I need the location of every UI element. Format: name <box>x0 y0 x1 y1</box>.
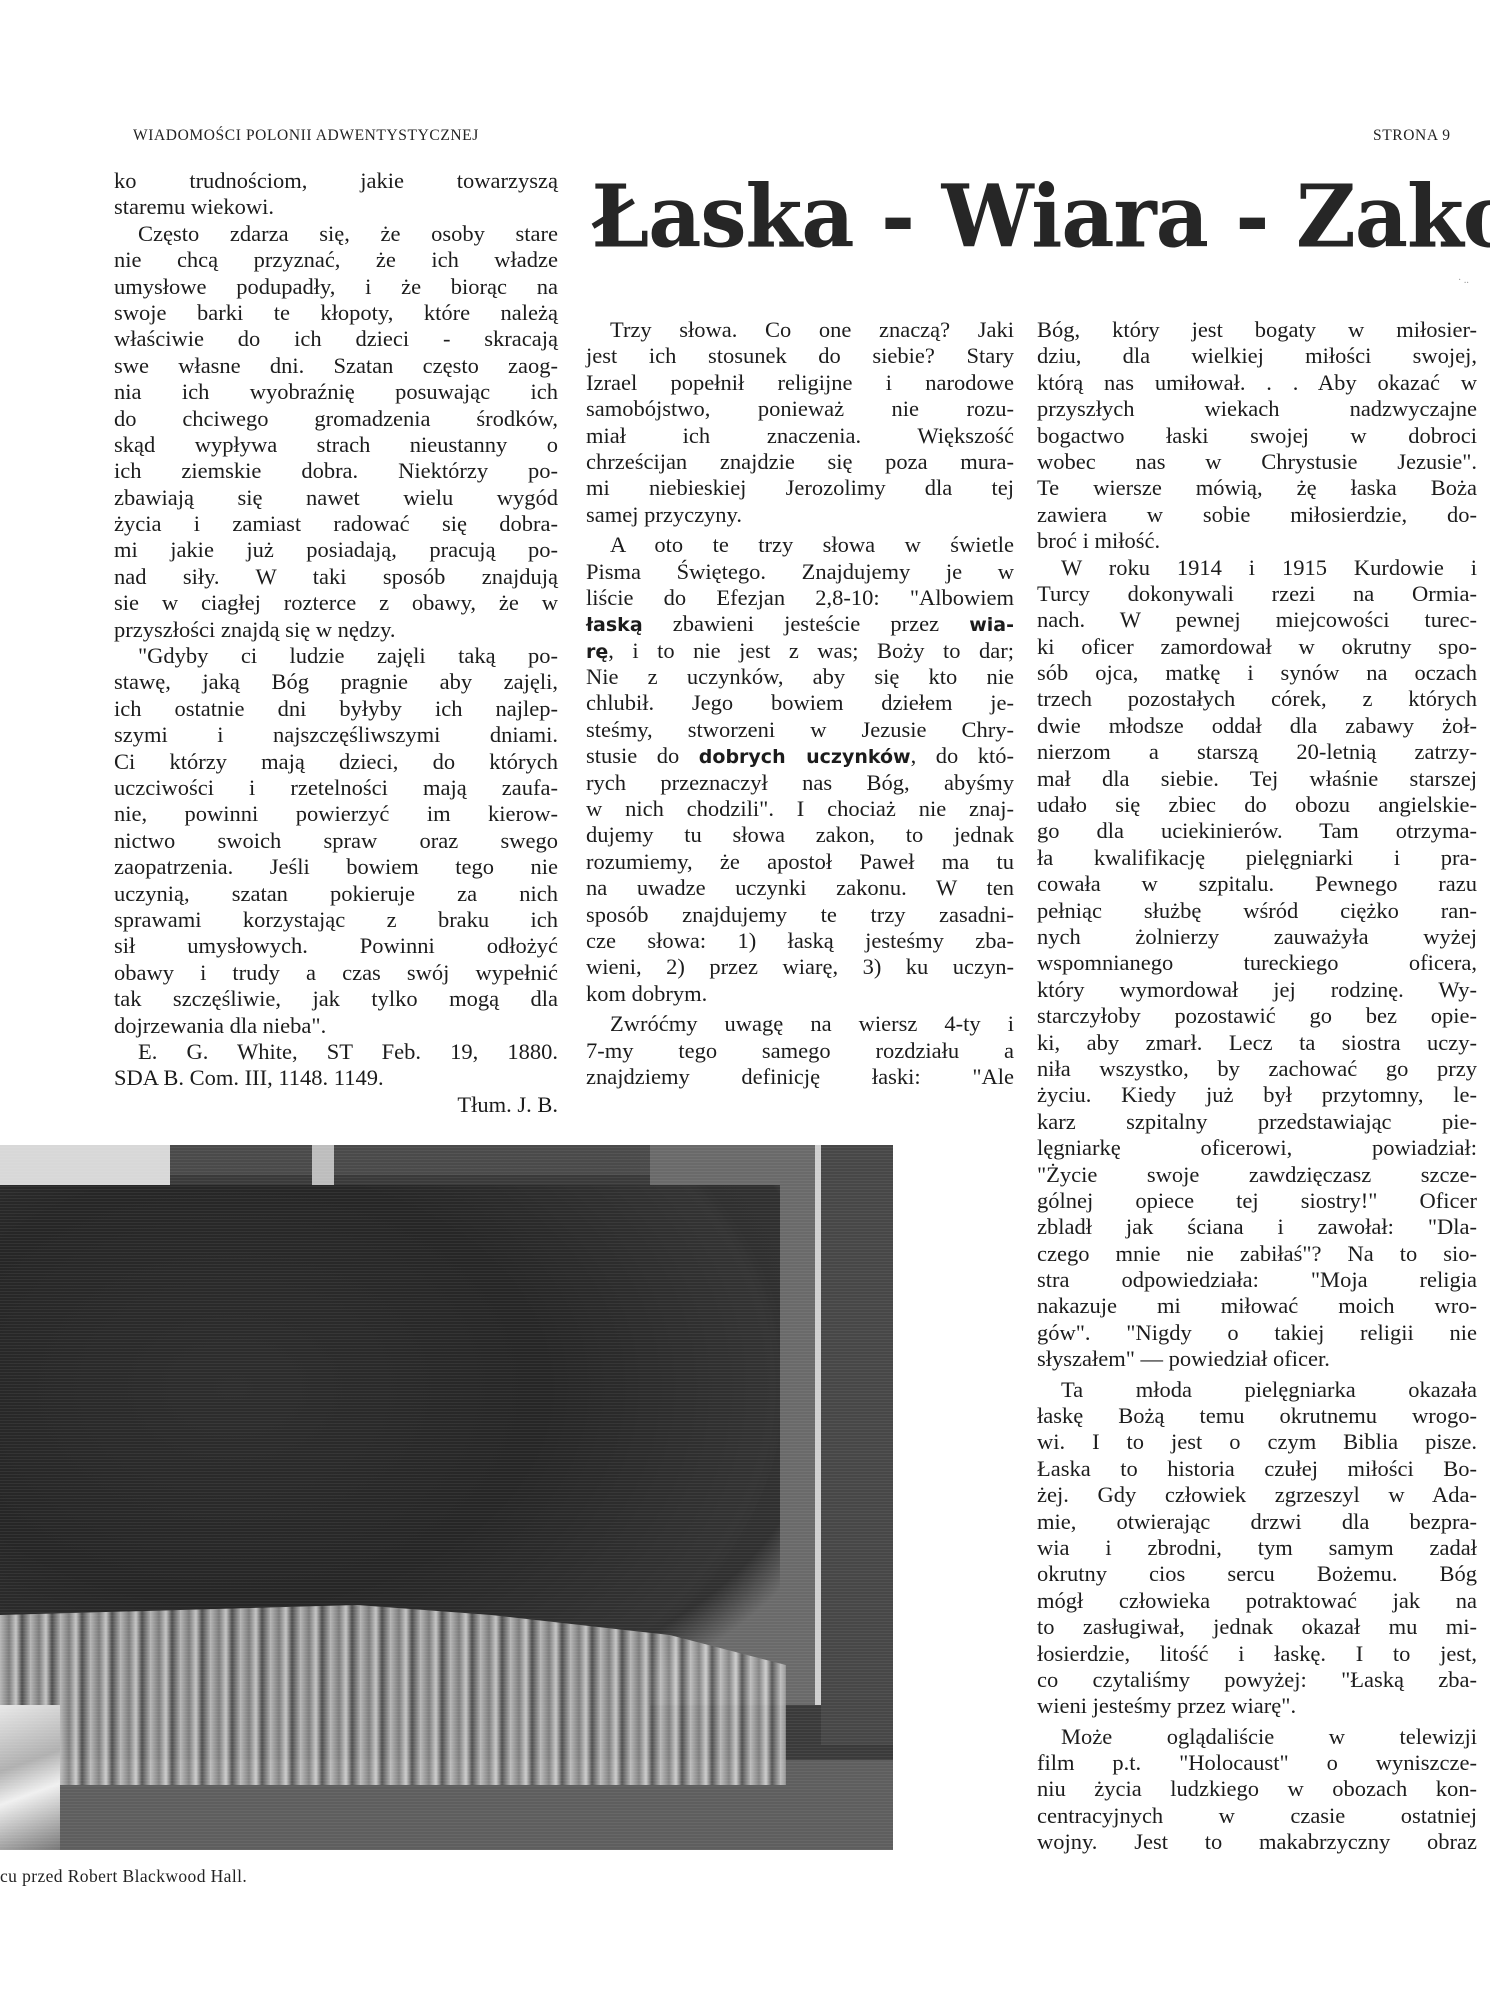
text-line: A oto te trzy słowa w świetle <box>586 532 1014 558</box>
text-line: bogactwo łaski swojej w dobroci <box>1037 423 1477 449</box>
text-line: Pisma Świętego. Znajdujemy je w <box>586 559 1014 585</box>
text-line: gólnej opiece tej siostry!" Oficer <box>1037 1188 1477 1214</box>
text-line: łaską zbawieni jesteście przez wia- <box>586 611 1014 637</box>
text-line: ich ostatnie dni byłyby ich najlep- <box>114 696 558 722</box>
text-line: nictwo swoich spraw oraz swego <box>114 828 558 854</box>
text-line: nakazuje mi miłować moich wro- <box>1037 1293 1477 1319</box>
text-column-1: ko trudnościom, jakie towarzyszą staremu… <box>114 168 558 1118</box>
text-line: starczyłoby pozostawić go bez opie- <box>1037 1003 1477 1029</box>
photo-caption: cu przed Robert Blackwood Hall. <box>0 1866 247 1887</box>
text-line: sposób znajdujemy te trzy zasadni- <box>586 902 1014 928</box>
text-line: Ta młoda pielęgniarka okazała <box>1037 1377 1477 1403</box>
text-line: uczciwości i rzetelności mają zaufa- <box>114 775 558 801</box>
text-line: wi. I to jest o czym Biblia pisze. <box>1037 1429 1477 1455</box>
text-line: życiu. Kiedy już był przytomny, le- <box>1037 1082 1477 1108</box>
text-line: łaskę Bożą temu okrutnemu wrogo- <box>1037 1403 1477 1429</box>
text-line: dziu, dla wielkiej miłości swojej, <box>1037 343 1477 369</box>
text-line: Może oglądaliście w telewizji <box>1037 1724 1477 1750</box>
text-line: chlubił. Jego bowiem dziełem je- <box>586 690 1014 716</box>
text-line: dwie młodsze oddał dla zabawy żoł- <box>1037 713 1477 739</box>
text-line: obawy i trudy a czas swój wypełnić <box>114 960 558 986</box>
text-line: nach. W pewnej miejcowości turec- <box>1037 607 1477 633</box>
bold-term: wia- <box>969 614 1014 636</box>
text-line: kom dobrym. <box>586 981 1014 1007</box>
text-line: 7-my tego samego rozdziału a <box>586 1038 1014 1064</box>
text-line: szymi i najszczęśliwszymi dniami. <box>114 722 558 748</box>
text-line: stawę, jaką Bóg pragnie aby zajęli, <box>114 669 558 695</box>
text-line: uczynią, szatan pokieruje za nich <box>114 881 558 907</box>
text-line: Nie z uczynków, aby się kto nie <box>586 664 1014 690</box>
text-line: Trzy słowa. Co one znaczą? Jaki <box>586 317 1014 343</box>
citation-line: E. G. White, ST Feb. 19, 1880. <box>114 1039 558 1065</box>
text-line: zbawiają się nawet wielu wygód <box>114 485 558 511</box>
text-line: rozumiemy, że apostoł Paweł ma tu <box>586 849 1014 875</box>
scan-speck: · .. <box>1458 275 1469 286</box>
text-line: mi jakie już posiadają, pracują po- <box>114 537 558 563</box>
text-line: żej. Gdy człowiek zgrzeszyl w Ada- <box>1037 1482 1477 1508</box>
text-line: Łaska to historia czułej miłości Bo- <box>1037 1456 1477 1482</box>
text-line: ko trudnościom, jakie towarzyszą <box>114 168 558 194</box>
text-line: dojrzewania dla nieba". <box>114 1013 558 1039</box>
text-line: co czytaliśmy powyżej: "Łaską zba- <box>1037 1667 1477 1693</box>
text-line: sób ojca, matkę i synów na oczach <box>1037 660 1477 686</box>
text-line: tak szczęśliwie, jak tylko mogą dla <box>114 986 558 1012</box>
text-line: Te wiersze mówią, żę łaska Boża <box>1037 475 1477 501</box>
running-header-page-number: STRONA 9 <box>1373 127 1451 145</box>
text-line: w nich chodzili". I chociaż nie znaj- <box>586 796 1014 822</box>
text-line: ki oficer zamordował w okrutny spo- <box>1037 634 1477 660</box>
group-photo <box>0 1145 893 1850</box>
text-line: który wymordował jej rodzinę. Wy- <box>1037 977 1477 1003</box>
text-line: nie chcą przyznać, że ich władze <box>114 247 558 273</box>
text-line: liście do Efezjan 2,8-10: "Albowiem <box>586 585 1014 611</box>
text-line: steśmy, stworzeni w Jezusie Chry- <box>586 717 1014 743</box>
text-line: przyszłych wiekach nadzwyczajne <box>1037 396 1477 422</box>
halftone-screen <box>0 1145 893 1850</box>
text-line: umysłowe podupadły, i że biorąc na <box>114 274 558 300</box>
text-line: gów". "Nigdy o takiej religii nie <box>1037 1320 1477 1346</box>
text-line: wieni jesteśmy przez wiarę". <box>1037 1693 1477 1719</box>
text-line: stra odpowiedziała: "Moja religia <box>1037 1267 1477 1293</box>
text-line: udało się zbiec do obozu angielskie- <box>1037 792 1477 818</box>
text-line: lęgniarkę oficerowi, powiadział: <box>1037 1135 1477 1161</box>
text-line: mał dla siebie. Tej właśnie starszej <box>1037 766 1477 792</box>
text-line: ki, aby zmarł. Lecz ta siostra uczy- <box>1037 1030 1477 1056</box>
text-line: znajdziemy definicję łaski: "Ale <box>586 1064 1014 1090</box>
translator-credit: Tłum. J. B. <box>114 1092 558 1118</box>
text-line: "Gdyby ci ludzie zajęli taką po- <box>114 643 558 669</box>
bold-term: rę <box>586 641 608 663</box>
text-line: mógł człowieka potraktować jak na <box>1037 1588 1477 1614</box>
text-line: Turcy dokonywali rzezi na Ormia- <box>1037 581 1477 607</box>
text-line: staremu wiekowi. <box>114 194 558 220</box>
text-line: miał ich znaczenia. Większość <box>586 423 1014 449</box>
text-line: niu życia ludzkiego w obozach kon- <box>1037 1776 1477 1802</box>
text-line: go dla uciekinierów. Tam otrzyma- <box>1037 818 1477 844</box>
text-line: wspomnianego tureckiego oficera, <box>1037 950 1477 976</box>
text-line: nych żolnierzy zauważyła wyżej <box>1037 924 1477 950</box>
text-line: swoje barki te kłopoty, które należą <box>114 300 558 326</box>
running-header-publication: WIADOMOŚCI POLONII ADWENTYSTYCZNEJ <box>133 127 479 145</box>
text-line: słyszałem" — powiedział oficer. <box>1037 1346 1477 1372</box>
bold-term: łaską <box>586 614 643 636</box>
text-line: wieni, 2) przez wiarę, 3) ku uczyn- <box>586 954 1014 980</box>
text-line: właściwie do ich dzieci - skracają <box>114 326 558 352</box>
text-line: Często zdarza się, że osoby stare <box>114 221 558 247</box>
text-line: pełniąc służbę wśród ciężko ran- <box>1037 898 1477 924</box>
text-line: którą nas umiłował. . . Aby okazać w <box>1037 370 1477 396</box>
text-line: skąd wypływa strach nieustanny o <box>114 432 558 458</box>
text-line: nad siły. W taki sposób znajdują <box>114 564 558 590</box>
text-line: łosierdzie, litość i łaskę. I to jest, <box>1037 1641 1477 1667</box>
text-line: niła wszystko, by zachować go przy <box>1037 1056 1477 1082</box>
text-line: wojny. Jest to makabrzyczny obraz <box>1037 1829 1477 1855</box>
text-line: trzech pozostałych córek, z których <box>1037 686 1477 712</box>
text-line: nia ich wyobraźnię posuwając ich <box>114 379 558 405</box>
text-line: rę, i to nie jest z was; Boży to dar; <box>586 638 1014 664</box>
text-line: cowała w szpitalu. Pewnego razu <box>1037 871 1477 897</box>
text-line: samej przyczyny. <box>586 502 1014 528</box>
text-line: Zwróćmy uwagę na wiersz 4-ty i <box>586 1011 1014 1037</box>
text-line: ich ziemskie dobra. Niektórzy po- <box>114 458 558 484</box>
text-line: zbladł jak ściana i zawołał: "Dla- <box>1037 1214 1477 1240</box>
text-line: Izrael popełnił religijne i narodowe <box>586 370 1014 396</box>
text-line: okrutny cios sercu Bożemu. Bóg <box>1037 1561 1477 1587</box>
bold-term: dobrych uczynków <box>699 746 911 768</box>
text-line: dujemy tu słowa zakon, to jednak <box>586 822 1014 848</box>
text-line: film p.t. "Holocaust" o wyniszcze- <box>1037 1750 1477 1776</box>
text-line: cze słowa: 1) łaską jesteśmy zba- <box>586 928 1014 954</box>
text-line: samobójstwo, ponieważ nie rozu- <box>586 396 1014 422</box>
text-line: rych przeznaczył nas Bóg, abyśmy <box>586 770 1014 796</box>
text-line: jest ich stosunek do siebie? Stary <box>586 343 1014 369</box>
text-line: swe własne dni. Szatan często zaog- <box>114 353 558 379</box>
text-line: czego mnie nie zabiłaś"? Na to sio- <box>1037 1241 1477 1267</box>
text-line: ła kwalifikację pielęgniarki i pra- <box>1037 845 1477 871</box>
text-line: do chciwego gromadzenia środków, <box>114 406 558 432</box>
text-line: sprawami korzystając z braku ich <box>114 907 558 933</box>
text-line: Ci którzy mają dzieci, do których <box>114 749 558 775</box>
text-line: "Życie swoje zawdzięczasz szcze- <box>1037 1162 1477 1188</box>
text-line: stusie do dobrych uczynków, do któ- <box>586 743 1014 769</box>
text-line: sie w ciagłej rozterce z obawy, że w <box>114 590 558 616</box>
citation-line: SDA B. Com. III, 1148. 1149. <box>114 1065 558 1091</box>
text-line: zawiera w sobie miłosierdzie, do- <box>1037 502 1477 528</box>
text-column-2: Trzy słowa. Co one znaczą? Jaki jest ich… <box>586 317 1014 1090</box>
article-title: Łaska - Wiara - Zakon <box>591 170 1490 265</box>
text-line: mie, otwierając drzwi dla bezpra- <box>1037 1509 1477 1535</box>
text-line: centracyjnych w czasie ostatniej <box>1037 1803 1477 1829</box>
text-line: karz szpitalny przedstawiając pie- <box>1037 1109 1477 1135</box>
text-line: chrześcijan znajdzie się poza mura- <box>586 449 1014 475</box>
text-line: nierzom a starszą 20-letnią zatrzy- <box>1037 739 1477 765</box>
text-line: życia i zamiast radować się dobra- <box>114 511 558 537</box>
text-line: sił umysłowych. Powinni odłożyć <box>114 933 558 959</box>
text-line: mi niebieskiej Jerozolimy dla tej <box>586 475 1014 501</box>
text-column-3: Bóg, który jest bogaty w miłosier- dziu,… <box>1037 317 1477 1856</box>
text-line: na uwadze uczynki zakonu. W ten <box>586 875 1014 901</box>
text-line: wobec nas w Chrystusie Jezusie". <box>1037 449 1477 475</box>
text-line: przyszłości znajdą się w nędzy. <box>114 617 558 643</box>
text-line: zaopatrzenia. Jeśli bowiem tego nie <box>114 854 558 880</box>
text-line: W roku 1914 i 1915 Kurdowie i <box>1037 555 1477 581</box>
text-line: nie, powinni powierzyć im kierow- <box>114 801 558 827</box>
text-line: to zasługiwał, jednak okazał mu mi- <box>1037 1614 1477 1640</box>
text-line: wia i zbrodni, tym samym zadał <box>1037 1535 1477 1561</box>
text-line: broć i miłość. <box>1037 528 1477 554</box>
text-line: Bóg, który jest bogaty w miłosier- <box>1037 317 1477 343</box>
